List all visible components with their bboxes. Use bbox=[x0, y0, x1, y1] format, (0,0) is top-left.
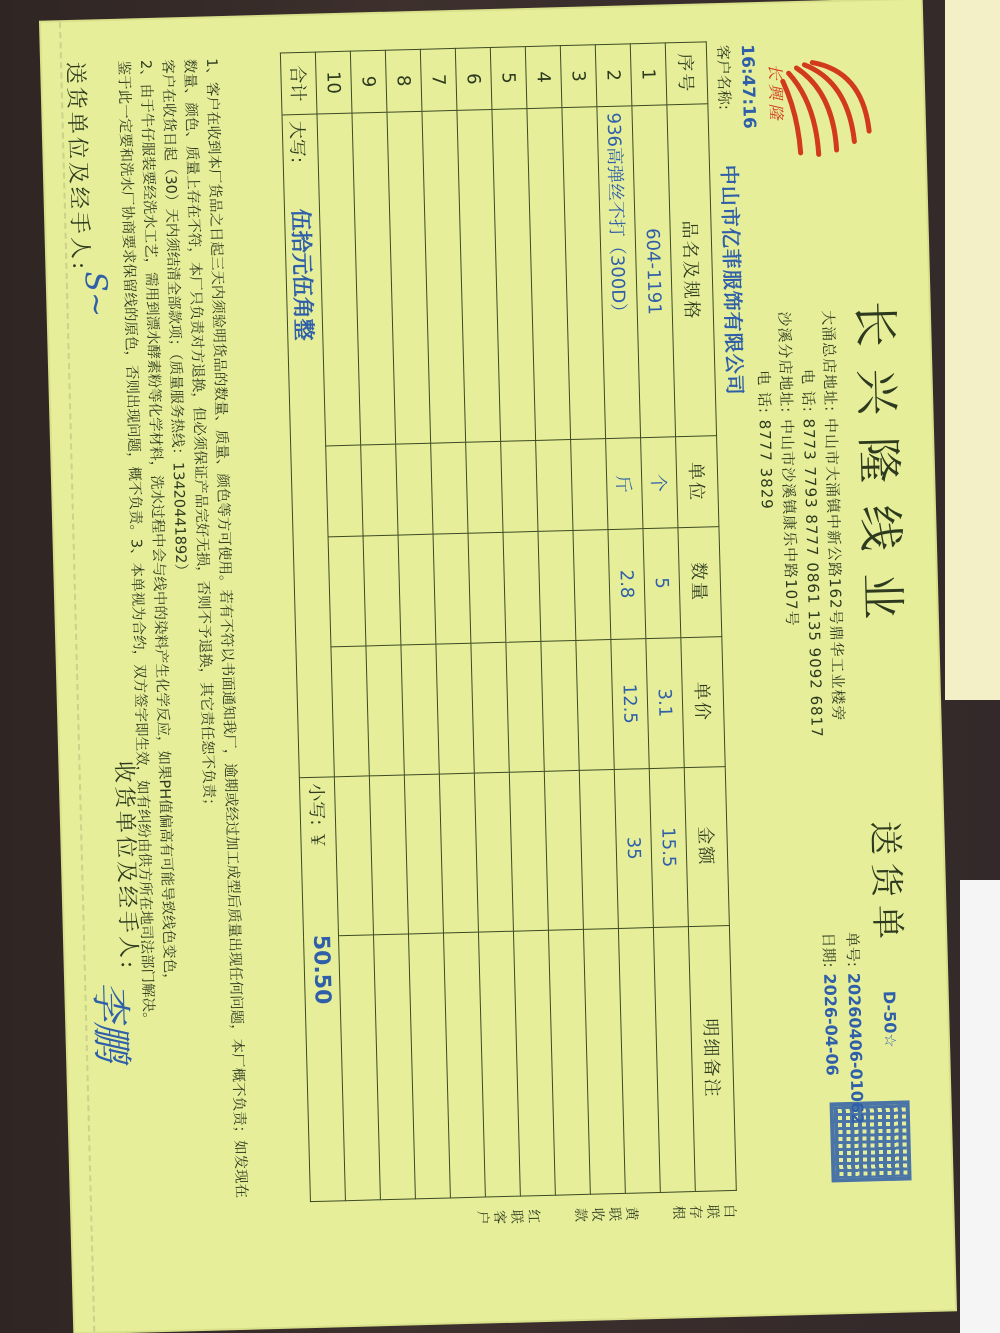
col-note: 明细备注 bbox=[688, 925, 736, 1191]
col-price: 单价 bbox=[681, 637, 725, 768]
customer-label: 客户名称: bbox=[713, 45, 736, 111]
total-lowercase-value: 50.50 bbox=[308, 934, 335, 1004]
col-name: 品名及规格 bbox=[667, 104, 717, 438]
copy-label-yellow: 黄联收款 bbox=[571, 1203, 639, 1223]
delivery-note: 长興隆 长兴隆线业 送货单 大涌总店地址: 中山市大涌镇中新公路162号鼎华工业… bbox=[41, 0, 955, 1332]
company-name: 长兴隆线业 bbox=[845, 300, 920, 642]
receiver-signature: 李鹏 bbox=[84, 980, 143, 1061]
company-logo-icon bbox=[772, 41, 885, 164]
col-qty: 数量 bbox=[678, 527, 722, 638]
qr-code-icon bbox=[830, 1100, 912, 1182]
order-date: 日期:2026-04-06 bbox=[818, 932, 843, 1076]
doc-code: D-50☆ bbox=[880, 991, 900, 1048]
adjacent-paper-bottom bbox=[960, 880, 1000, 1333]
logo-text: 长興隆 bbox=[764, 63, 789, 124]
total-label: 合计 bbox=[280, 52, 317, 115]
col-unit: 单位 bbox=[676, 436, 719, 527]
print-time: 16:47:16 bbox=[737, 44, 759, 129]
receiver-signature-label: 收货单位及经手人: bbox=[109, 760, 145, 971]
total-uppercase-value: 伍拾元伍角整 bbox=[287, 208, 315, 341]
sender-signature: S~ bbox=[78, 271, 114, 318]
col-amount: 金额 bbox=[684, 766, 729, 926]
copy-label-red: 红联客户 bbox=[473, 1206, 541, 1226]
customer-name: 中山市亿菲服饰有限公司 bbox=[716, 164, 751, 396]
copy-label-white: 白联存根 bbox=[669, 1201, 737, 1221]
document-type: 送货单 bbox=[863, 820, 915, 947]
order-number: 单号:20260406-01062 bbox=[842, 932, 868, 1125]
copy-labels: 白联存根 黄联收款 红联客户 bbox=[443, 1201, 738, 1249]
adjacent-paper bbox=[945, 0, 1000, 700]
items-table: 序号 品名及规格 单位 数量 单价 金额 明细备注 1 604-1191 个 5… bbox=[280, 41, 737, 1202]
col-no: 序号 bbox=[665, 42, 708, 105]
